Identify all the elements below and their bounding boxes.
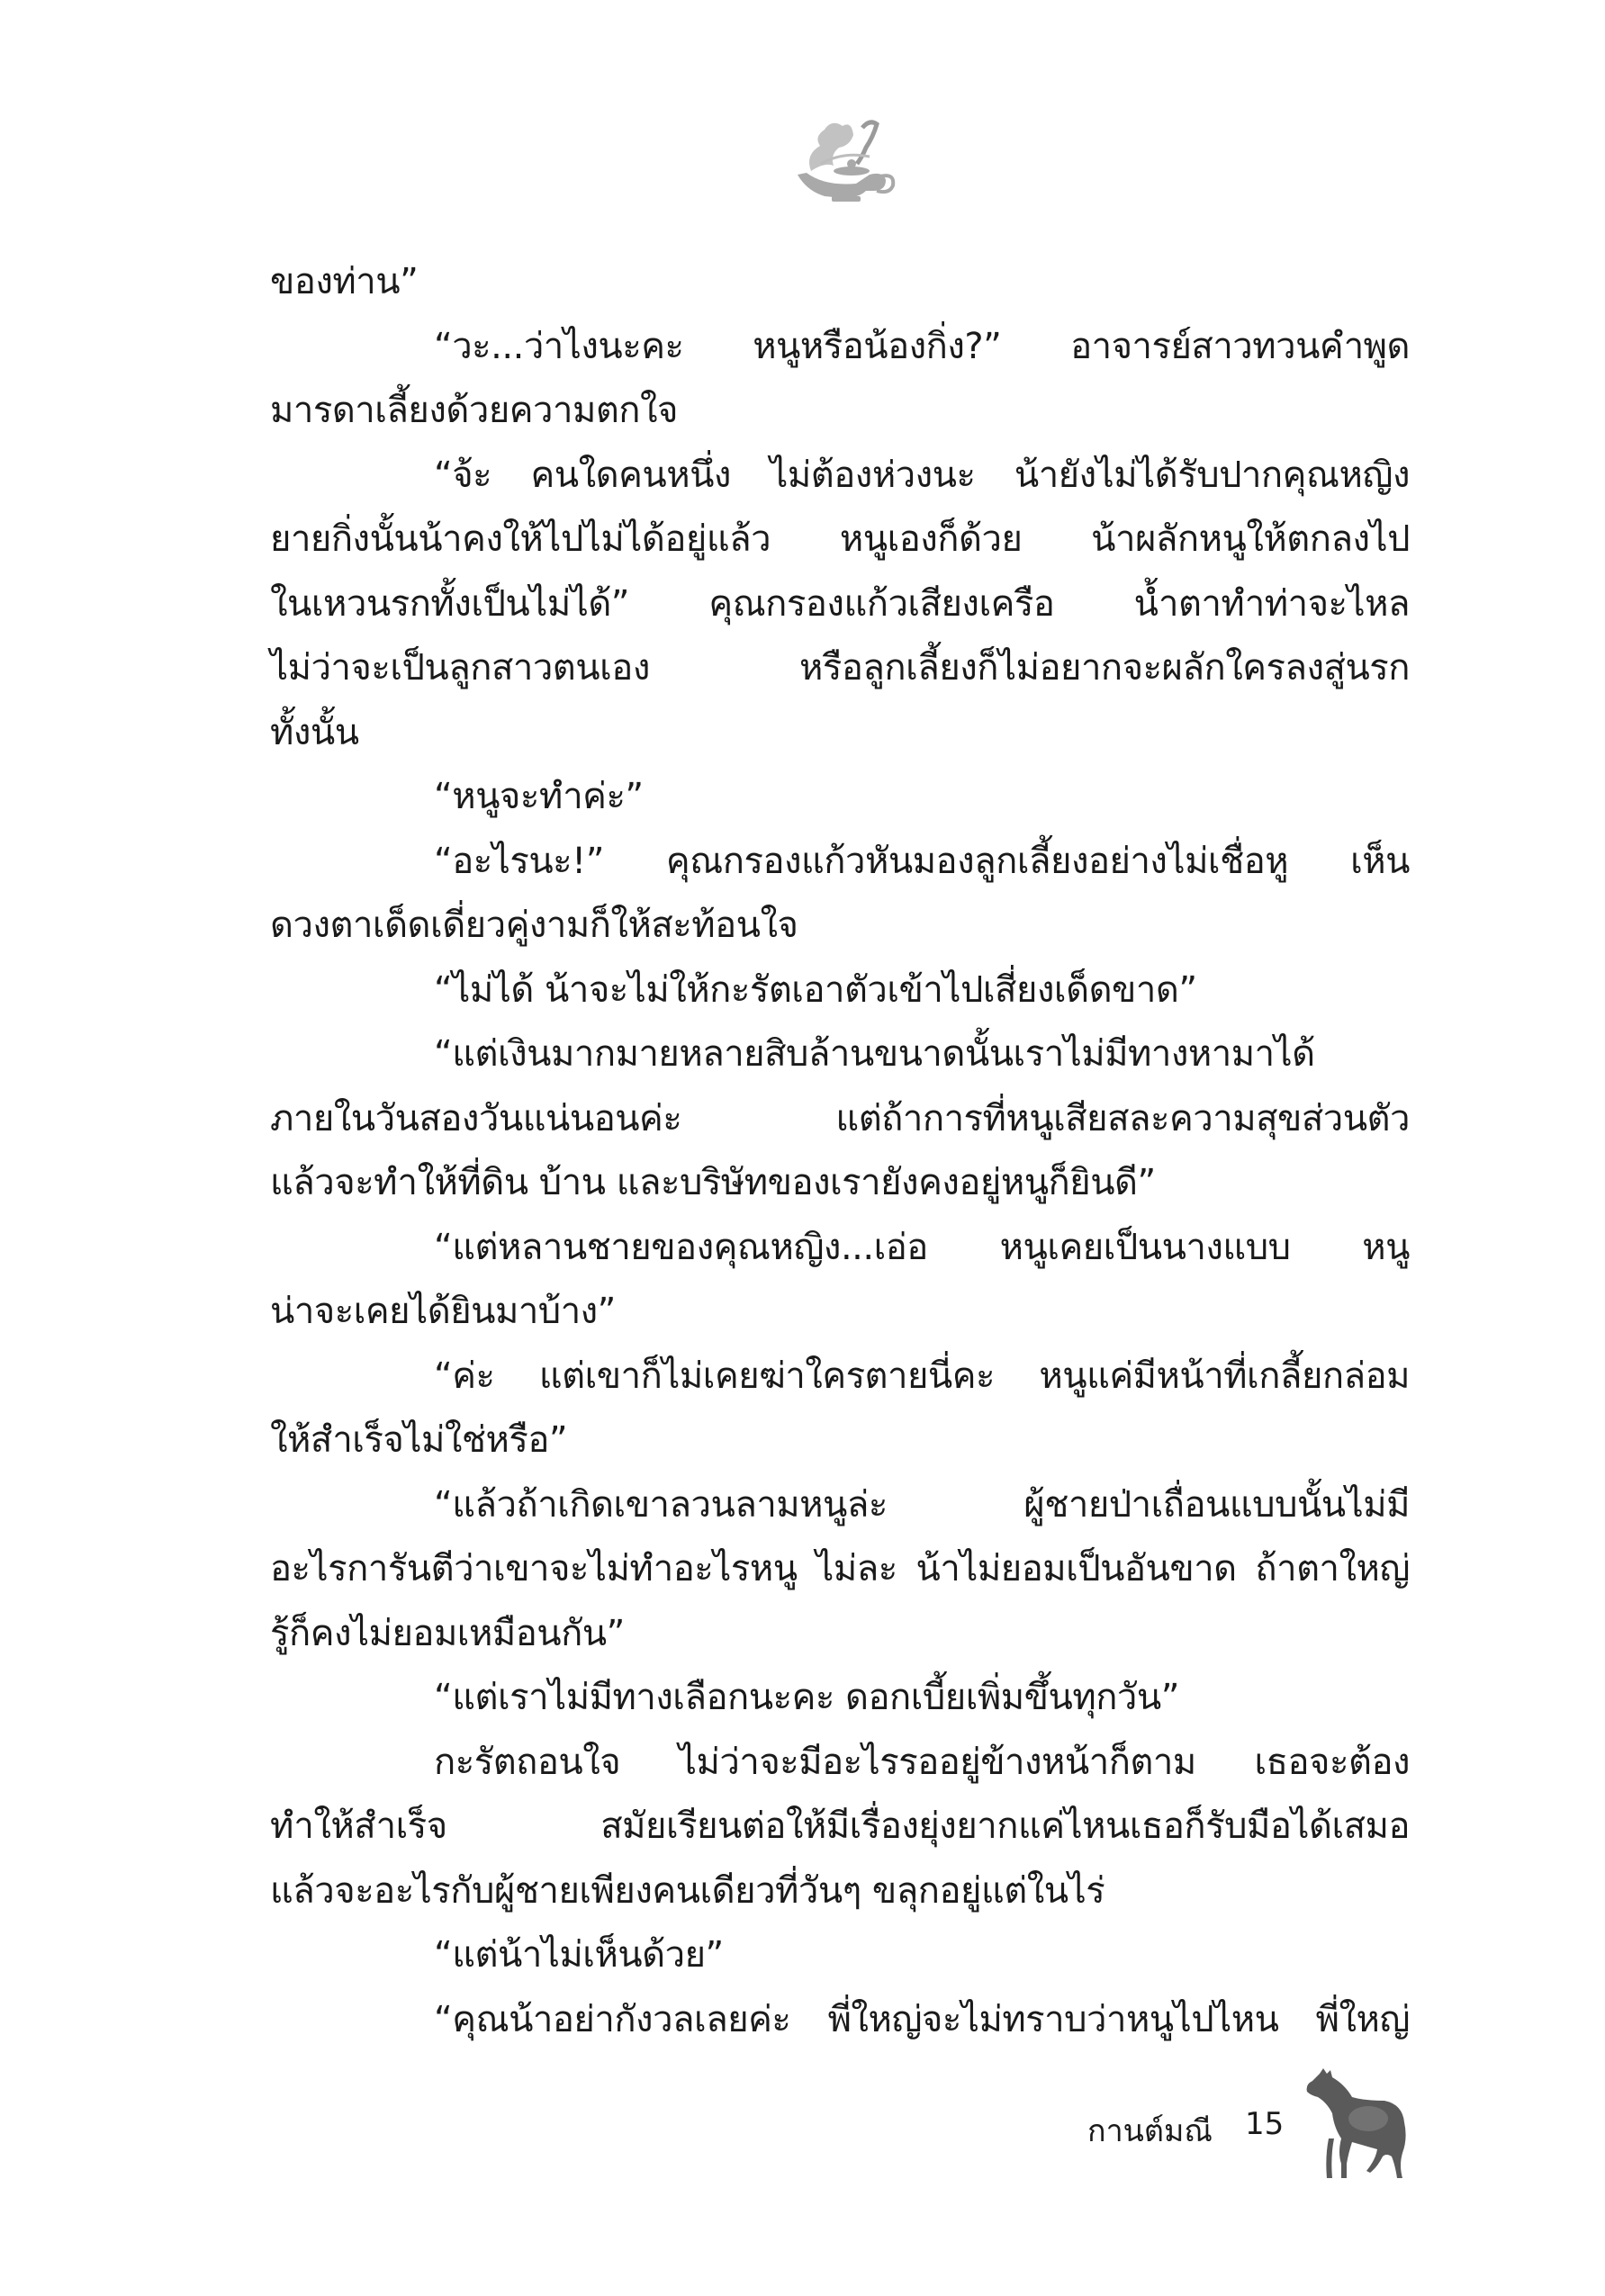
text-line: “จ้ะ คนใดคนหนึ่ง ไม่ต้องห่วงนะ น้ายังไม่… <box>270 444 1410 509</box>
text-line: “แต่น้าไม่เห็นด้วย” <box>270 1923 1410 1988</box>
page-number: 15 <box>1245 2106 1284 2142</box>
text-line: “แต่เราไม่มีทางเลือกนะคะ ดอกเบี้ยเพิ่มขึ… <box>270 1666 1410 1731</box>
book-title: กานต์มณี <box>1087 2106 1213 2155</box>
book-page: ของท่าน” “วะ...ว่าไงนะคะ หนูหรือน้องกิ่ง… <box>0 0 1605 2296</box>
text-line: อะไรการันตีว่าเขาจะไม่ทำอะไรหนู ไม่ละ น้… <box>270 1537 1410 1602</box>
text-line: ภายในวันสองวันแน่นอนค่ะ แต่ถ้าการที่หนูเ… <box>270 1087 1410 1152</box>
text-line: ในเหวนรกทั้งเป็นไม่ได้” คุณกรองแก้วเสียง… <box>270 572 1410 637</box>
text-line: “ไม่ได้ น้าจะไม่ให้กะรัตเอาตัวเข้าไปเสี่… <box>270 959 1410 1023</box>
text-line: “วะ...ว่าไงนะคะ หนูหรือน้องกิ่ง?” อาจารย… <box>270 315 1410 380</box>
text-line: “ค่ะ แต่เขาก็ไม่เคยฆ่าใครตายนี่คะ หนูแค่… <box>270 1345 1410 1409</box>
text-line: รู้ก็คงไม่ยอมเหมือนกัน” <box>270 1602 1410 1667</box>
text-line: ทำให้สำเร็จ สมัยเรียนต่อให้มีเรื่องยุ่งย… <box>270 1795 1410 1859</box>
text-line: มารดาเลี้ยงด้วยความตกใจ <box>270 379 1410 444</box>
text-line: “อะไรนะ!” คุณกรองแก้วหันมองลูกเลี้ยงอย่า… <box>270 830 1410 895</box>
text-line: ทั้งนั้น <box>270 701 1410 766</box>
text-line: “แต่เงินมากมายหลายสิบล้านขนาดนั้นเราไม่ม… <box>270 1022 1410 1087</box>
text-line: แล้วจะทำให้ที่ดิน บ้าน และบริษัทของเรายั… <box>270 1151 1410 1216</box>
text-line: “หนูจะทำค่ะ” <box>270 765 1410 830</box>
text-line: ให้สำเร็จไม่ใช่หรือ” <box>270 1409 1410 1473</box>
text-line: ของท่าน” <box>270 250 1410 315</box>
text-line: ไม่ว่าจะเป็นลูกสาวตนเอง หรือลูกเลี้ยงก็ไ… <box>270 636 1410 701</box>
body-text: ของท่าน” “วะ...ว่าไงนะคะ หนูหรือน้องกิ่ง… <box>270 250 1410 2052</box>
text-line: น่าจะเคยได้ยินมาบ้าง” <box>270 1280 1410 1345</box>
text-line: กะรัตถอนใจ ไม่ว่าจะมีอะไรรออยู่ข้างหน้าก… <box>270 1731 1410 1796</box>
horse-icon <box>1302 2066 1413 2183</box>
text-line: ยายกิ่งนั้นน้าคงให้ไปไม่ได้อยู่แล้ว หนูเ… <box>270 508 1410 572</box>
text-line: “แล้วถ้าเกิดเขาลวนลามหนูล่ะ ผู้ชายป่าเถื… <box>270 1473 1410 1538</box>
text-line: “คุณน้าอย่ากังวลเลยค่ะ พี่ใหญ่จะไม่ทราบว… <box>270 1988 1410 2053</box>
genie-lamp-icon <box>780 101 906 209</box>
text-line: ดวงตาเด็ดเดี่ยวคู่งามก็ให้สะท้อนใจ <box>270 894 1410 959</box>
text-line: แล้วจะอะไรกับผู้ชายเพียงคนเดียวที่วันๆ ข… <box>270 1859 1410 1924</box>
text-line: “แต่หลานชายของคุณหญิง...เอ่อ หนูเคยเป็นน… <box>270 1216 1410 1281</box>
